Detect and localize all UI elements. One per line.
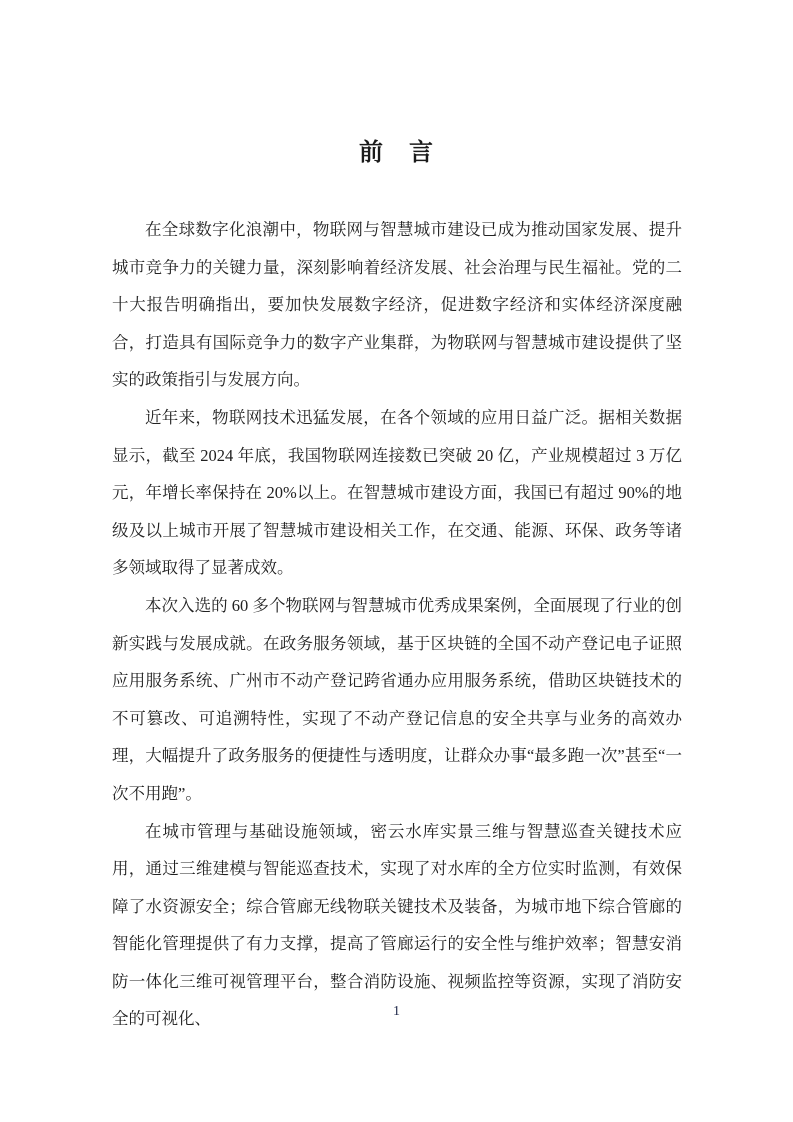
paragraph-1: 在全球数字化浪潮中，物联网与智慧城市建设已成为推动国家发展、提升城市竞争力的关键…	[112, 211, 682, 399]
paragraph-3: 本次入选的 60 多个物联网与智慧城市优秀成果案例，全面展现了行业的创新实践与发…	[112, 587, 682, 813]
document-body: 在全球数字化浪潮中，物联网与智慧城市建设已成为推动国家发展、提升城市竞争力的关键…	[112, 211, 682, 1038]
page-number: 1	[0, 1002, 793, 1022]
page-title: 前 言	[0, 138, 793, 168]
paragraph-2: 近年来，物联网技术迅猛发展，在各个领域的应用日益广泛。据相关数据显示，截至 20…	[112, 399, 682, 587]
document-page: 前 言 在全球数字化浪潮中，物联网与智慧城市建设已成为推动国家发展、提升城市竞争…	[0, 0, 793, 1122]
